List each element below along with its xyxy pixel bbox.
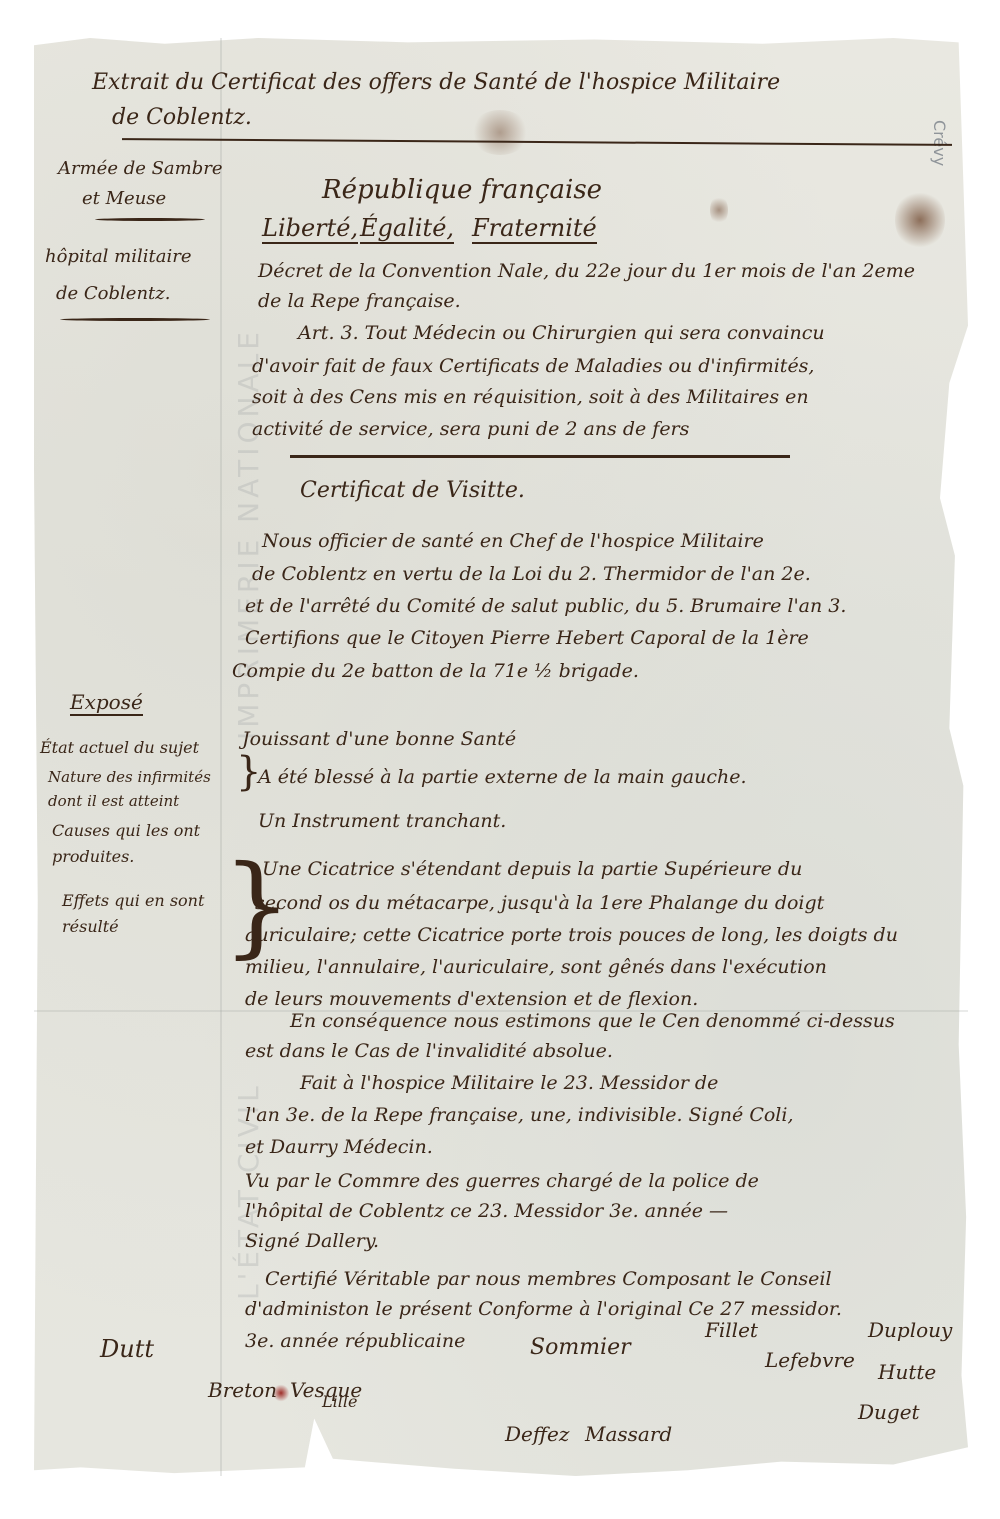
certificate-line-3: et de l'arrêté du Comité de salut public…	[245, 595, 846, 617]
signature-lille: Lille	[322, 1392, 357, 1411]
decree-art-1: Art. 3. Tout Médecin ou Chirurgien qui s…	[298, 322, 825, 344]
margin-flourish	[95, 218, 205, 221]
ink-stain	[895, 190, 945, 250]
decree-art-4: activité de service, sera puni de 2 ans …	[252, 418, 689, 440]
done-at-line-1: Fait à l'hospice Militaire le 23. Messid…	[300, 1072, 718, 1094]
signature-sommier: Sommier	[530, 1335, 631, 1360]
margin-hospital-2: de Coblentz.	[56, 283, 170, 304]
signature-fillet: Fillet	[705, 1318, 758, 1342]
margin-effets: Effets qui en sont résulté	[62, 888, 212, 940]
certificate-line-2: de Coblentz en vertu de la Loi du 2. The…	[252, 563, 811, 585]
ink-stain	[470, 110, 530, 155]
motto-liberte: Liberté,	[262, 214, 358, 244]
signature-dutt: Dutt	[100, 1335, 154, 1363]
certificate-line-1: Nous officier de santé en Chef de l'hosp…	[262, 530, 764, 552]
effects-line-4: milieu, l'annulaire, l'auriculaire, sont…	[245, 956, 827, 978]
signature-hutte: Hutte	[878, 1360, 936, 1384]
done-at-line-2: l'an 3e. de la Repe française, une, indi…	[245, 1104, 794, 1126]
republic-title: République française	[322, 175, 602, 205]
signature-massard: Massard	[585, 1422, 672, 1446]
effects-line-3: auriculaire; cette Cicatrice porte trois…	[245, 924, 898, 946]
motto-egalite: Égalité,	[360, 214, 454, 244]
signature-duget: Duget	[858, 1400, 920, 1424]
effects-line-5: de leurs mouvements d'extension et de fl…	[245, 988, 698, 1010]
decree-art-2: d'avoir fait de faux Certificats de Mala…	[252, 355, 814, 377]
margin-etat-actuel: État actuel du sujet	[40, 738, 199, 757]
certified-line-2: d'administon le présent Conforme à l'ori…	[245, 1298, 842, 1320]
signature-lefebvre: Lefebvre	[765, 1348, 855, 1372]
seen-by-line-3: Signé Dallery.	[245, 1230, 379, 1252]
decree-art-3: soit à des Cens mis en réquisition, soit…	[252, 386, 809, 408]
conclusion-line-1: En conséquence nous estimons que le Cen …	[290, 1010, 895, 1032]
certificate-title: Certificat de Visitte.	[300, 478, 525, 503]
signature-duplouy: Duplouy	[868, 1318, 952, 1342]
seen-by-line-1: Vu par le Commre des guerres chargé de l…	[245, 1170, 759, 1192]
expose-label: Exposé	[70, 690, 143, 716]
seen-by-line-2: l'hôpital de Coblentz ce 23. Messidor 3e…	[245, 1200, 728, 1222]
conclusion-line-2: est dans le Cas de l'invalidité absolue.	[245, 1040, 613, 1062]
margin-rule	[60, 318, 210, 321]
expose-etat: Jouissant d'une bonne Santé	[242, 728, 516, 750]
certificate-line-5: Compie du 2e batton de la 71e ½ brigade.	[232, 660, 639, 682]
effects-line-1: Une Cicatrice s'étendant depuis la parti…	[262, 858, 802, 880]
done-at-line-3: et Daurry Médecin.	[245, 1136, 433, 1158]
margin-causes: Causes qui les ont produites.	[52, 818, 222, 870]
fold-line-vertical	[220, 38, 222, 1476]
expose-nature: A été blessé à la partie externe de la m…	[258, 766, 747, 788]
ink-stain	[710, 195, 728, 225]
effects-line-2: second os du métacarpe, jusqu'à la 1ere …	[255, 892, 824, 914]
certified-line-1: Certifié Véritable par nous membres Comp…	[265, 1268, 832, 1290]
margin-hospital: hôpital militaire	[45, 246, 191, 267]
expose-causes: Un Instrument tranchant.	[258, 810, 506, 832]
motto-fraternite: Fraternité	[472, 214, 597, 244]
signature-breton: Breton	[208, 1378, 277, 1402]
margin-nature: Nature des infirmités dont il est attein…	[48, 765, 248, 813]
certified-line-3: 3e. année républicaine	[245, 1330, 465, 1352]
margin-army: Armée de Sambre	[58, 158, 223, 179]
certificate-line-4: Certifions que le Citoyen Pierre Hebert …	[245, 627, 809, 649]
decree-line-2: de la Repe française.	[258, 290, 461, 312]
decree-rule	[290, 455, 790, 458]
decree-line-1: Décret de la Convention Nale, du 22e jou…	[258, 260, 915, 282]
header-line-2: de Coblentz.	[112, 105, 252, 130]
header-line-1: Extrait du Certificat des offers de Sant…	[92, 70, 780, 95]
signature-deffez: Deffez	[505, 1422, 569, 1446]
margin-army-2: et Meuse	[82, 188, 166, 209]
